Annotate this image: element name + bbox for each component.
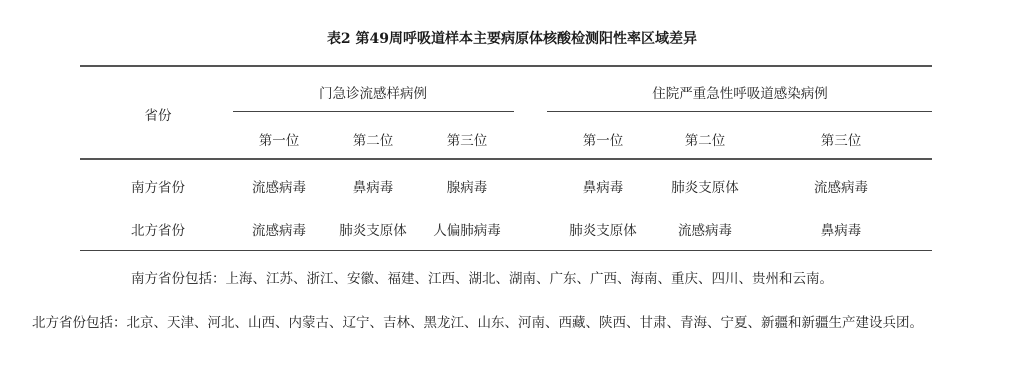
table-top-rule (80, 65, 932, 67)
table-cell: 人偏肺病毒 (433, 219, 501, 239)
table-cell: 腺病毒 (447, 176, 488, 196)
table-cell: 鼻病毒 (821, 219, 862, 239)
table-row-region: 南方省份 (131, 176, 185, 196)
table-cell: 肺炎支原体 (339, 219, 407, 239)
group-header-inpatient: 住院严重急性呼吸道感染病例 (652, 82, 828, 102)
table-cell: 肺炎支原体 (569, 219, 637, 239)
rank-header: 第一位 (259, 129, 300, 149)
table-cell: 流感病毒 (814, 176, 868, 196)
note-north-provinces: 北方省份包括：北京、天津、河北、山西、内蒙古、辽宁、吉林、黑龙江、山东、河南、西… (32, 311, 923, 331)
table-cell: 流感病毒 (252, 219, 306, 239)
rank-header: 第一位 (583, 129, 624, 149)
table-cell: 鼻病毒 (583, 176, 624, 196)
rank-header: 第二位 (685, 129, 726, 149)
rank-header: 第二位 (353, 129, 394, 149)
row-header-province: 省份 (145, 104, 172, 124)
table-cell: 流感病毒 (252, 176, 306, 196)
table-bottom-rule (80, 250, 932, 251)
table-cell: 流感病毒 (678, 219, 732, 239)
note-south-provinces: 南方省份包括：上海、江苏、浙江、安徽、福建、江西、湖北、湖南、广东、广西、海南、… (131, 267, 833, 287)
table-cell: 肺炎支原体 (671, 176, 739, 196)
table-header-rule (80, 158, 932, 160)
rank-header: 第三位 (821, 129, 862, 149)
table-row-region: 北方省份 (131, 219, 185, 239)
group-header-outpatient: 门急诊流感样病例 (319, 82, 427, 102)
table-cell: 鼻病毒 (353, 176, 394, 196)
rank-header: 第三位 (447, 129, 488, 149)
outpatient-group-rule (233, 111, 514, 112)
inpatient-group-rule (547, 111, 932, 112)
table-title: 表2 第49周呼吸道样本主要病原体核酸检测阳性率区域差异 (0, 28, 1024, 48)
